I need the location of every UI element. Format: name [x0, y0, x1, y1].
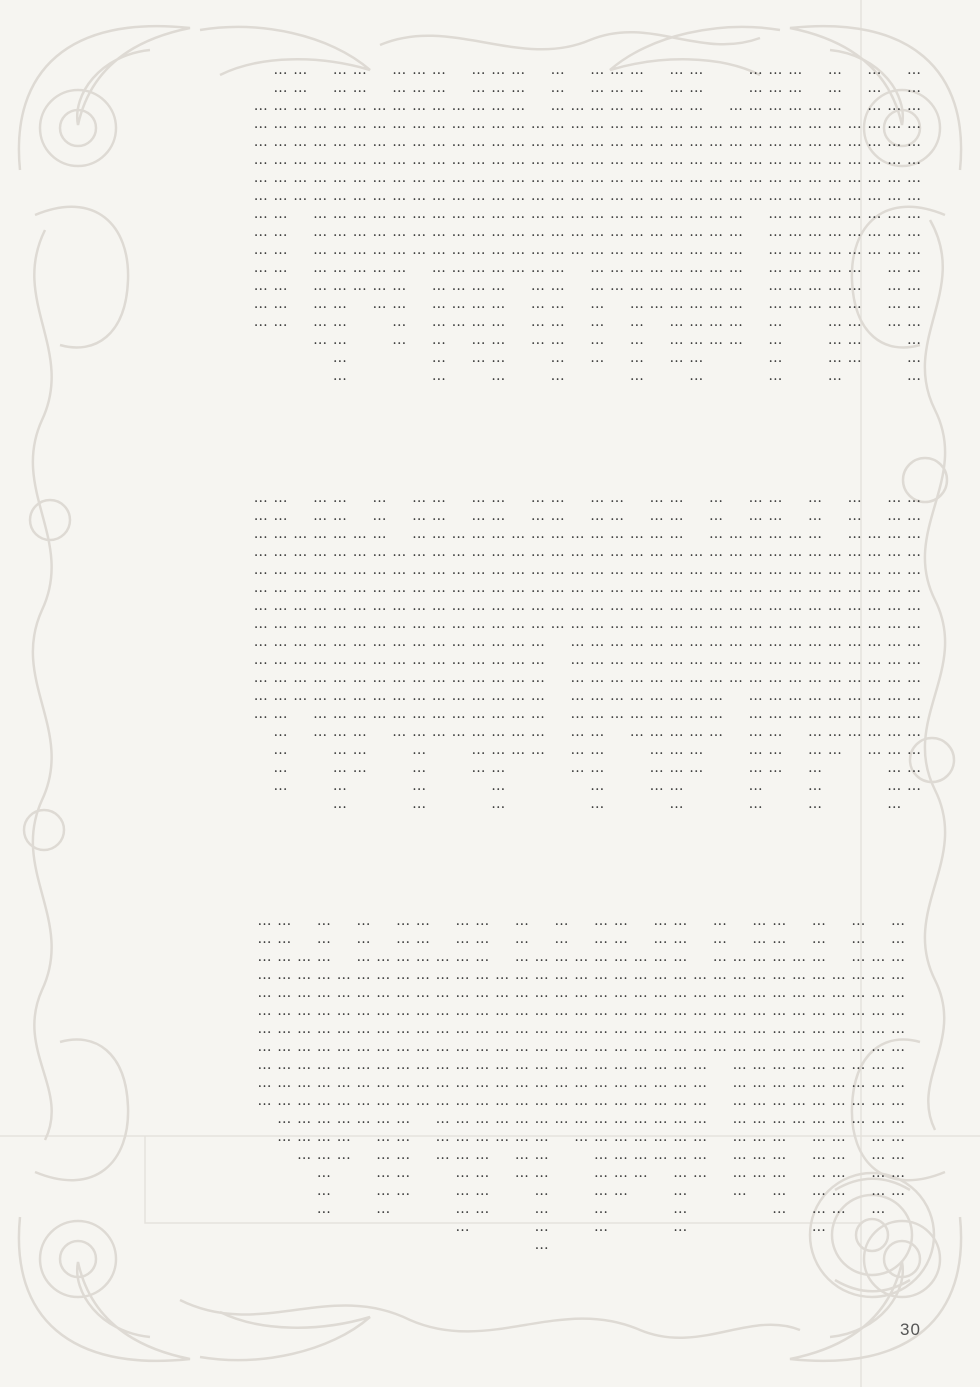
- text-column: …………………………………………: [392, 913, 412, 1331]
- text-column: …………………………………: [250, 62, 270, 468]
- text-column: ……………………………: [388, 490, 408, 898]
- text-column: ……………………………………: [428, 490, 448, 898]
- text-column: ……………………………: [254, 913, 274, 1331]
- text-column: …………………………………: [507, 490, 527, 898]
- text-block-top: ……………………………………………… …………………………………………………………: [95, 62, 923, 468]
- text-column: ………………………………………………: [685, 62, 705, 468]
- text-column: …………………………………: [685, 490, 705, 898]
- text-column: ……………………………………………: [768, 913, 788, 1331]
- text-column: ……………………: [709, 913, 729, 1331]
- text-column: ………………………………………………: [745, 490, 765, 898]
- text-column: ………………………………………: [749, 913, 769, 1331]
- text-column: ………………………………………………: [824, 62, 844, 468]
- text-column: …………………………………: [369, 490, 389, 898]
- text-column: ……………………………………: [705, 490, 725, 898]
- text-column: ……………………………………: [309, 490, 329, 898]
- frame-edge-top: [380, 32, 760, 49]
- text-column: ………………………………………………: [883, 490, 903, 898]
- text-column: …………………………………………: [388, 62, 408, 468]
- text-column: …………………………………: [864, 490, 884, 898]
- text-column: ………………………: [725, 490, 745, 898]
- text-column: ……………………………: [333, 913, 353, 1331]
- text-column: ………………………………………………: [804, 490, 824, 898]
- text-column: ………………………………………………: [487, 62, 507, 468]
- text-column: ……………………………………: [725, 62, 745, 468]
- text-column: ………………………………………………: [329, 490, 349, 898]
- text-column: ……………………………………: [650, 913, 670, 1331]
- text-column: …………………………: [491, 913, 511, 1331]
- text-column: ………………………………: [804, 62, 824, 468]
- text-column: …………………………………: [606, 62, 626, 468]
- text-column: ……………………: [290, 62, 310, 468]
- text-column: ……………………: [547, 490, 567, 898]
- text-column: ………………………………: [551, 913, 571, 1331]
- text-column: …………………………………………: [765, 490, 785, 898]
- text-column: ………………………………………………: [626, 62, 646, 468]
- text-column: …………………………: [788, 913, 808, 1331]
- text-column: ……………………………: [570, 913, 590, 1331]
- text-column: ……………………………………………: [586, 62, 606, 468]
- text-column: ……………………………………………: [666, 62, 686, 468]
- text-column: ……………………………: [412, 913, 432, 1331]
- text-column: ……………………………………: [729, 913, 749, 1331]
- text-column: ………………………………: [689, 913, 709, 1331]
- text-column: ………………………………: [646, 62, 666, 468]
- text-column: ………………………………: [293, 913, 313, 1331]
- text-column: ……………………………: [408, 62, 428, 468]
- text-column: ………………………………: [432, 913, 452, 1331]
- text-column: …………………………………: [448, 62, 468, 468]
- text-column: …………………………………………: [610, 913, 630, 1331]
- text-column: ………………………………………: [867, 913, 887, 1331]
- text-column: …………………………………………: [887, 913, 907, 1331]
- text-column: ………………………………………………: [487, 490, 507, 898]
- text-column: ……………………………………: [349, 490, 369, 898]
- text-column: ………………………………………………: [547, 62, 567, 468]
- text-column: ………………………………………………: [808, 913, 828, 1331]
- text-column: ………………………: [567, 62, 587, 468]
- page-number: 30: [900, 1320, 921, 1340]
- text-column: ……………………………………………: [468, 62, 488, 468]
- text-column: ………………………………: [353, 913, 373, 1331]
- text-column: ……………………………: [864, 62, 884, 468]
- text-column: …………………………………: [606, 490, 626, 898]
- text-column: ………………………………: [824, 490, 844, 898]
- text-column: ………………………………………………: [590, 913, 610, 1331]
- text-column: ……………………………………………: [471, 913, 491, 1331]
- text-column: …………………………………: [349, 62, 369, 468]
- text-block-bottom: ………………………………………… ………………………………………………………………: [95, 913, 907, 1331]
- text-column: ……………………………………………: [313, 913, 333, 1331]
- frame-edge-right: [925, 220, 945, 1130]
- text-column: ……………………………………………: [903, 490, 923, 898]
- text-column: ………………………………………………: [903, 62, 923, 468]
- text-column: ………………………………………: [270, 62, 290, 468]
- text-column: ………………………………: [369, 62, 389, 468]
- text-column: …………………………………: [630, 913, 650, 1331]
- text-column: ……………………………………: [828, 913, 848, 1331]
- text-column: …………………………………: [274, 913, 294, 1331]
- frame-edge-left: [33, 230, 52, 1140]
- text-column: ………………………………: [848, 913, 868, 1331]
- text-column: ………………………………………: [372, 913, 392, 1331]
- text-block-middle: …………………………………………………………………………………………… ……………: [95, 490, 923, 898]
- text-column: ……………………………………………: [531, 913, 551, 1331]
- text-column: ……………………………………………: [646, 490, 666, 898]
- scanned-page: ……………………………………………… …………………………………………………………: [0, 0, 980, 1387]
- text-column: ………………………………………………: [586, 490, 606, 898]
- text-column: …………………………………………: [468, 490, 488, 898]
- text-column: ………………………………………………: [666, 490, 686, 898]
- text-column: ……………………………………: [844, 62, 864, 468]
- text-column: ……………………………………: [567, 490, 587, 898]
- text-column: ………………………………………………: [452, 913, 472, 1331]
- text-column: ………………………………………………: [669, 913, 689, 1331]
- text-column: ………………………………………………: [329, 62, 349, 468]
- text-column: ……………………: [745, 62, 765, 468]
- text-column: ………………………………………: [511, 913, 531, 1331]
- text-column: ………………………………: [448, 490, 468, 898]
- text-column: ………………………………………………: [765, 62, 785, 468]
- text-column: ……………………………: [784, 490, 804, 898]
- text-column: ………………………………: [626, 490, 646, 898]
- text-column: …………………………………: [527, 62, 547, 468]
- text-column: ……………………………………: [784, 62, 804, 468]
- text-column: …………………………………: [250, 490, 270, 898]
- text-column: ………………………………………: [527, 490, 547, 898]
- text-column: …………………………………: [705, 62, 725, 468]
- text-column: ……………………………………………: [270, 490, 290, 898]
- text-column: ………………………………………………: [428, 62, 448, 468]
- text-column: …………………………………: [883, 62, 903, 468]
- text-column: …………………………: [290, 490, 310, 898]
- text-column: ………………………………: [507, 62, 527, 468]
- text-column: ……………………………………: [844, 490, 864, 898]
- text-column: ……………………………………: [309, 62, 329, 468]
- text-column: ………………………………………………: [408, 490, 428, 898]
